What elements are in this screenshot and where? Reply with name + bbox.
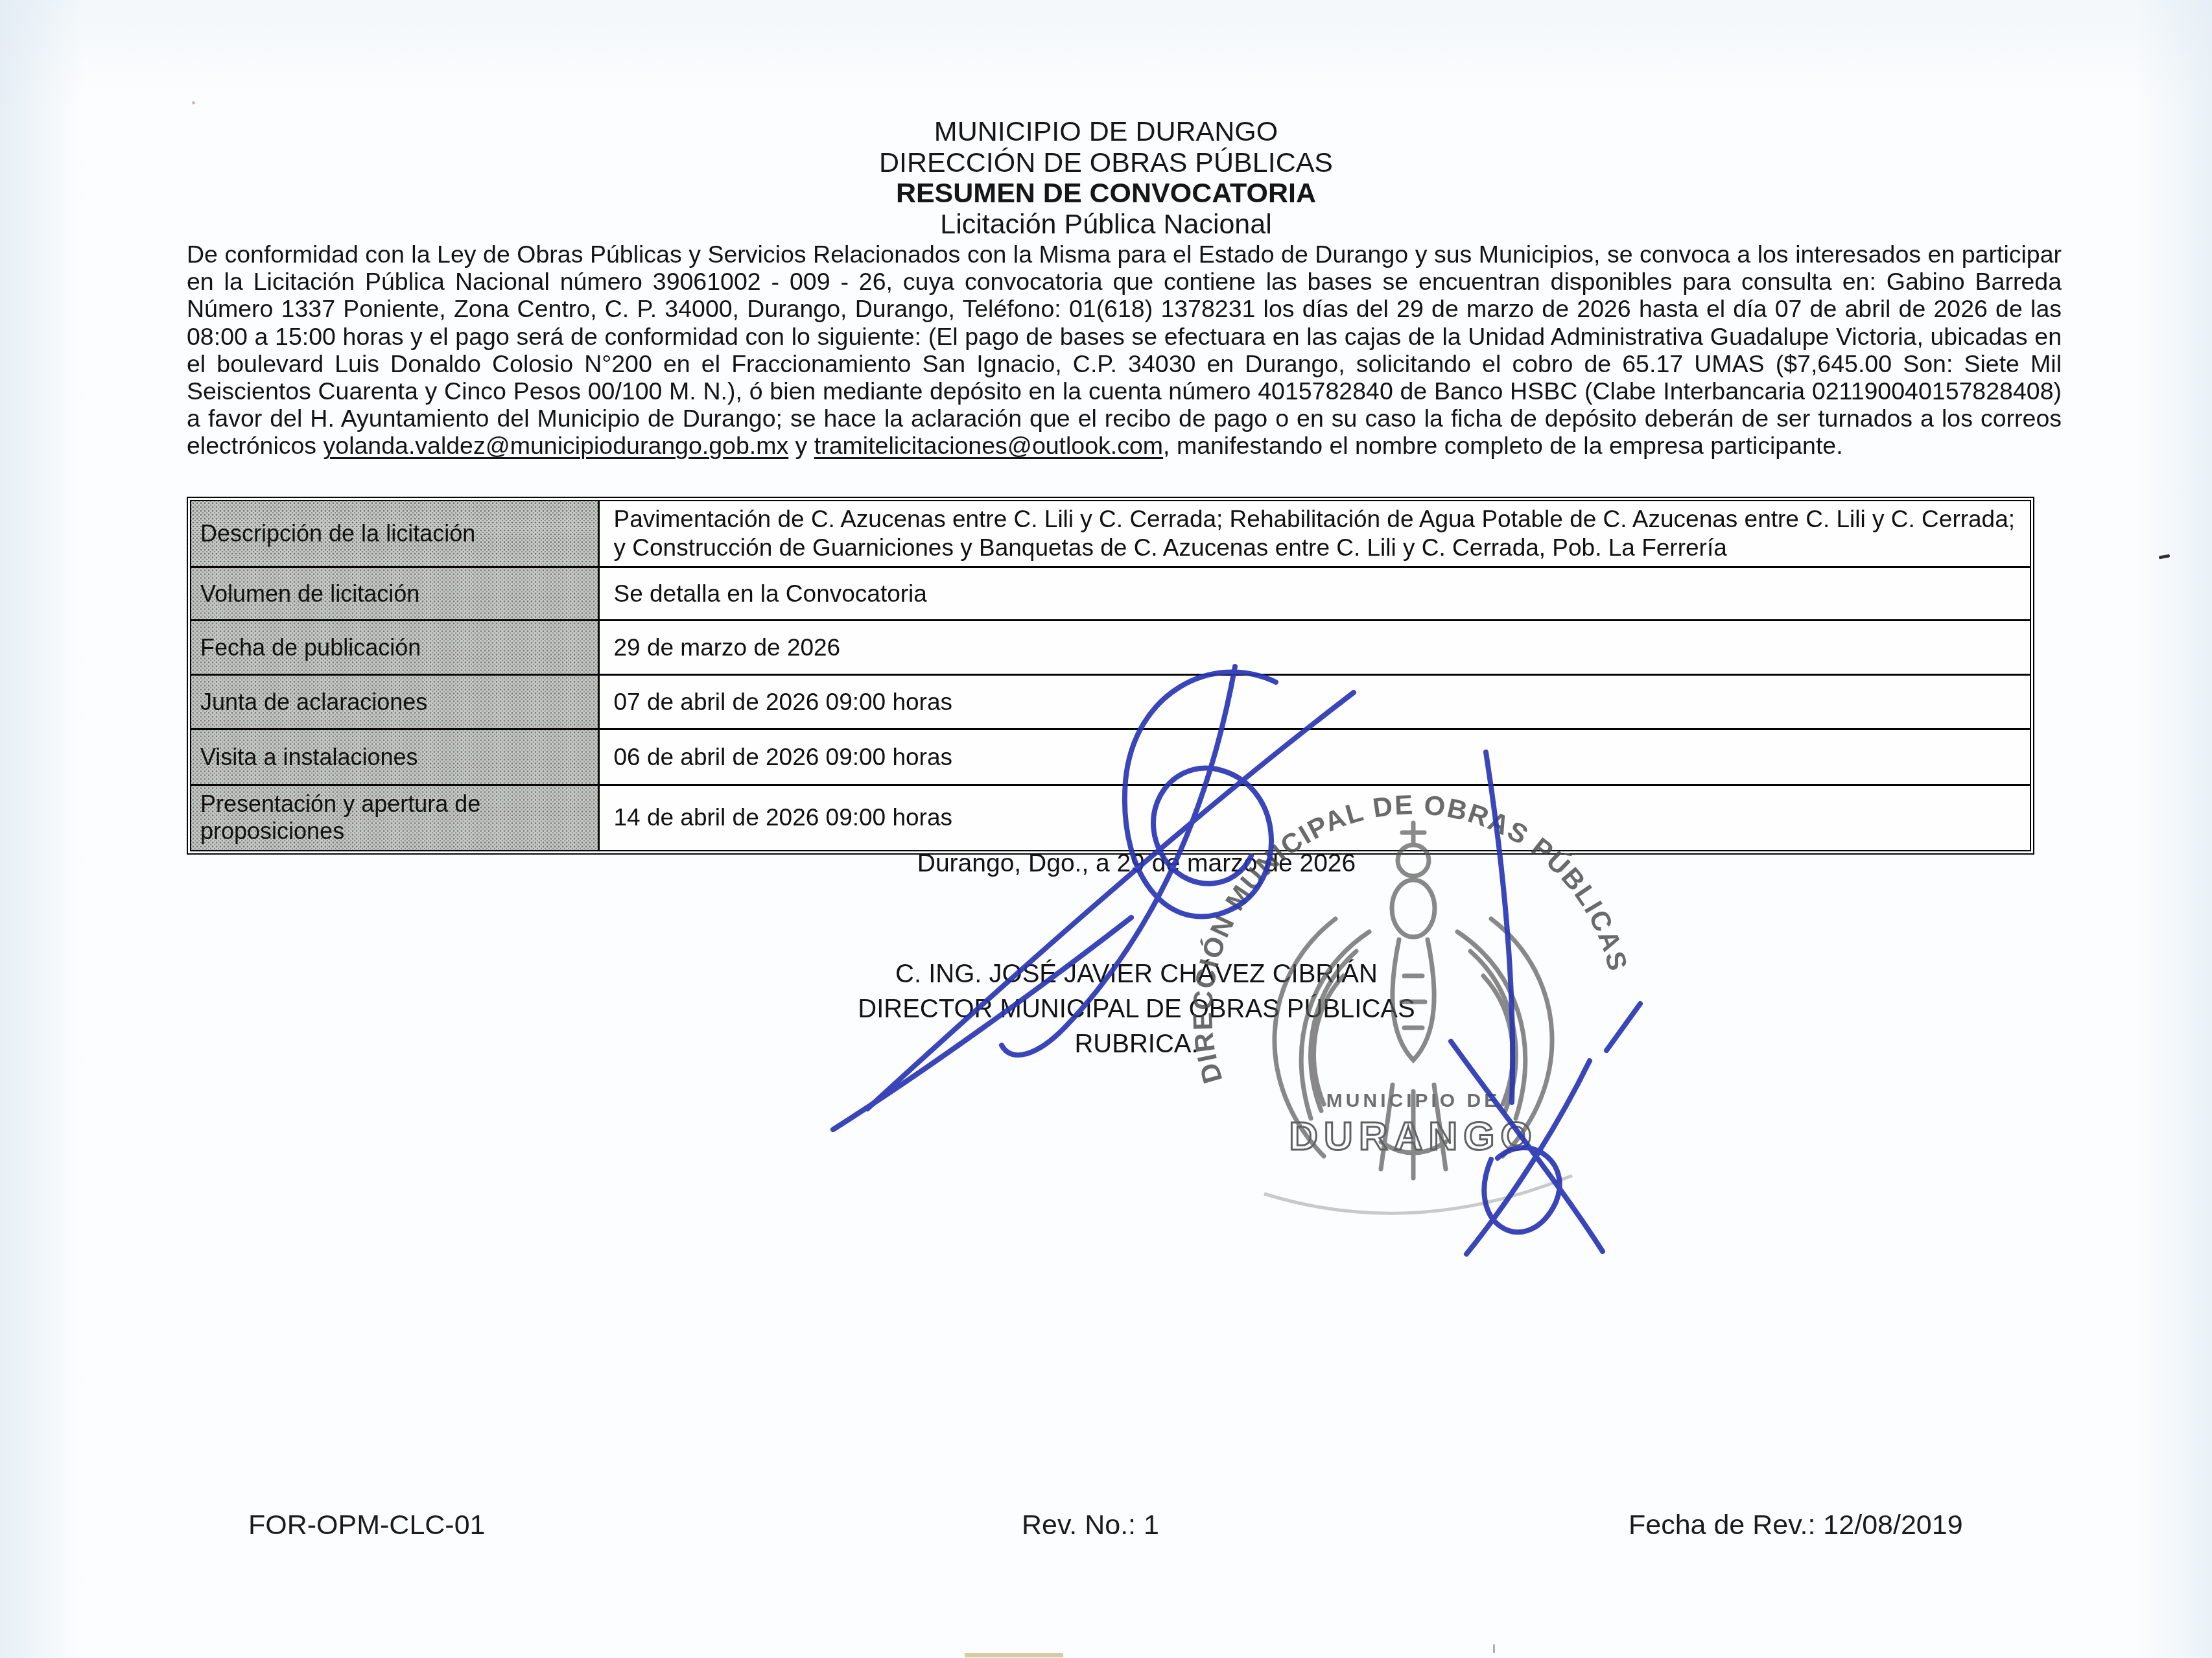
footer-revision-date: Fecha de Rev.: 12/08/2019 bbox=[1629, 1510, 1963, 1541]
email-link-tramites[interactable]: tramitelicitaciones@outlook.com bbox=[814, 432, 1163, 459]
row-value: 29 de marzo de 2026 bbox=[598, 621, 2030, 675]
signature-date-line: Durango, Dgo., a 29 de marzo de 2026 bbox=[61, 849, 2212, 878]
row-value: 07 de abril de 2026 09:00 horas bbox=[598, 675, 2030, 729]
row-label: Volumen de licitación bbox=[191, 567, 598, 621]
table-row-presentacion-apertura: Presentación y apertura de proposiciones… bbox=[191, 785, 2030, 850]
row-label: Fecha de publicación bbox=[191, 621, 598, 675]
signer-title: DIRECTOR MUNICIPAL DE OBRAS PÚBLICAS bbox=[61, 991, 2212, 1026]
table-row-volumen: Volumen de licitación Se detalla en la C… bbox=[191, 567, 2030, 621]
scanned-document-page: MUNICIPIO DE DURANGO DIRECCIÓN DE OBRAS … bbox=[0, 0, 2212, 1658]
header-direccion: DIRECCIÓN DE OBRAS PÚBLICAS bbox=[0, 148, 2212, 179]
row-value: 14 de abril de 2026 09:00 horas bbox=[598, 785, 2030, 850]
signer-block: C. ING. JOSÉ JAVIER CHÁVEZ CIBRIÁN DIREC… bbox=[61, 956, 2212, 1061]
stamp-org-line2: DURANGO bbox=[1289, 1114, 1537, 1159]
row-label: Descripción de la licitación bbox=[191, 501, 598, 567]
row-label: Visita a instalaciones bbox=[191, 729, 598, 785]
footer-revision-number: Rev. No.: 1 bbox=[1022, 1510, 1159, 1541]
scan-speck bbox=[192, 101, 195, 104]
header-resumen: RESUMEN DE CONVOCATORIA bbox=[0, 178, 2212, 209]
table-row-junta-aclaraciones: Junta de aclaraciones 07 de abril de 202… bbox=[191, 675, 2030, 729]
intro-text-after-emails: , manifestando el nombre completo de la … bbox=[1163, 432, 1843, 459]
header-municipio: MUNICIPIO DE DURANGO bbox=[0, 117, 2212, 148]
table-row-fecha-publicacion: Fecha de publicación 29 de marzo de 2026 bbox=[191, 621, 2030, 675]
intro-paragraph: De conformidad con la Ley de Obras Públi… bbox=[187, 241, 2062, 460]
email-link-yolanda[interactable]: yolanda.valdez@municipiodurango.gob.mx bbox=[324, 432, 789, 459]
stamp-org-line1: MUNICIPIO DE bbox=[1326, 1090, 1500, 1111]
scan-speck bbox=[2159, 554, 2171, 560]
footer-form-code: FOR-OPM-CLC-01 bbox=[248, 1510, 486, 1541]
row-value: 06 de abril de 2026 09:00 horas bbox=[598, 729, 2030, 785]
row-label: Presentación y apertura de proposiciones bbox=[191, 785, 598, 850]
row-value: Se detalla en la Convocatoria bbox=[598, 567, 2030, 621]
scan-speck bbox=[1493, 1644, 1495, 1653]
intro-text-connector: y bbox=[788, 432, 814, 459]
signer-name: C. ING. JOSÉ JAVIER CHÁVEZ CIBRIÁN bbox=[61, 956, 2212, 991]
table-row-descripcion: Descripción de la licitación Pavimentaci… bbox=[191, 501, 2030, 567]
row-value: Pavimentación de C. Azucenas entre C. Li… bbox=[598, 501, 2030, 567]
row-label: Junta de aclaraciones bbox=[191, 675, 598, 729]
table-row-visita-instalaciones: Visita a instalaciones 06 de abril de 20… bbox=[191, 729, 2030, 785]
signer-rubrica: RUBRICA. bbox=[61, 1026, 2212, 1061]
intro-text-before-emails: De conformidad con la Ley de Obras Públi… bbox=[187, 241, 2062, 459]
header-licitacion: Licitación Pública Nacional bbox=[0, 209, 2212, 241]
scan-edge-artifact bbox=[965, 1653, 1063, 1657]
licitacion-table: Descripción de la licitación Pavimentaci… bbox=[187, 497, 2034, 855]
document-header: MUNICIPIO DE DURANGO DIRECCIÓN DE OBRAS … bbox=[0, 117, 2212, 240]
